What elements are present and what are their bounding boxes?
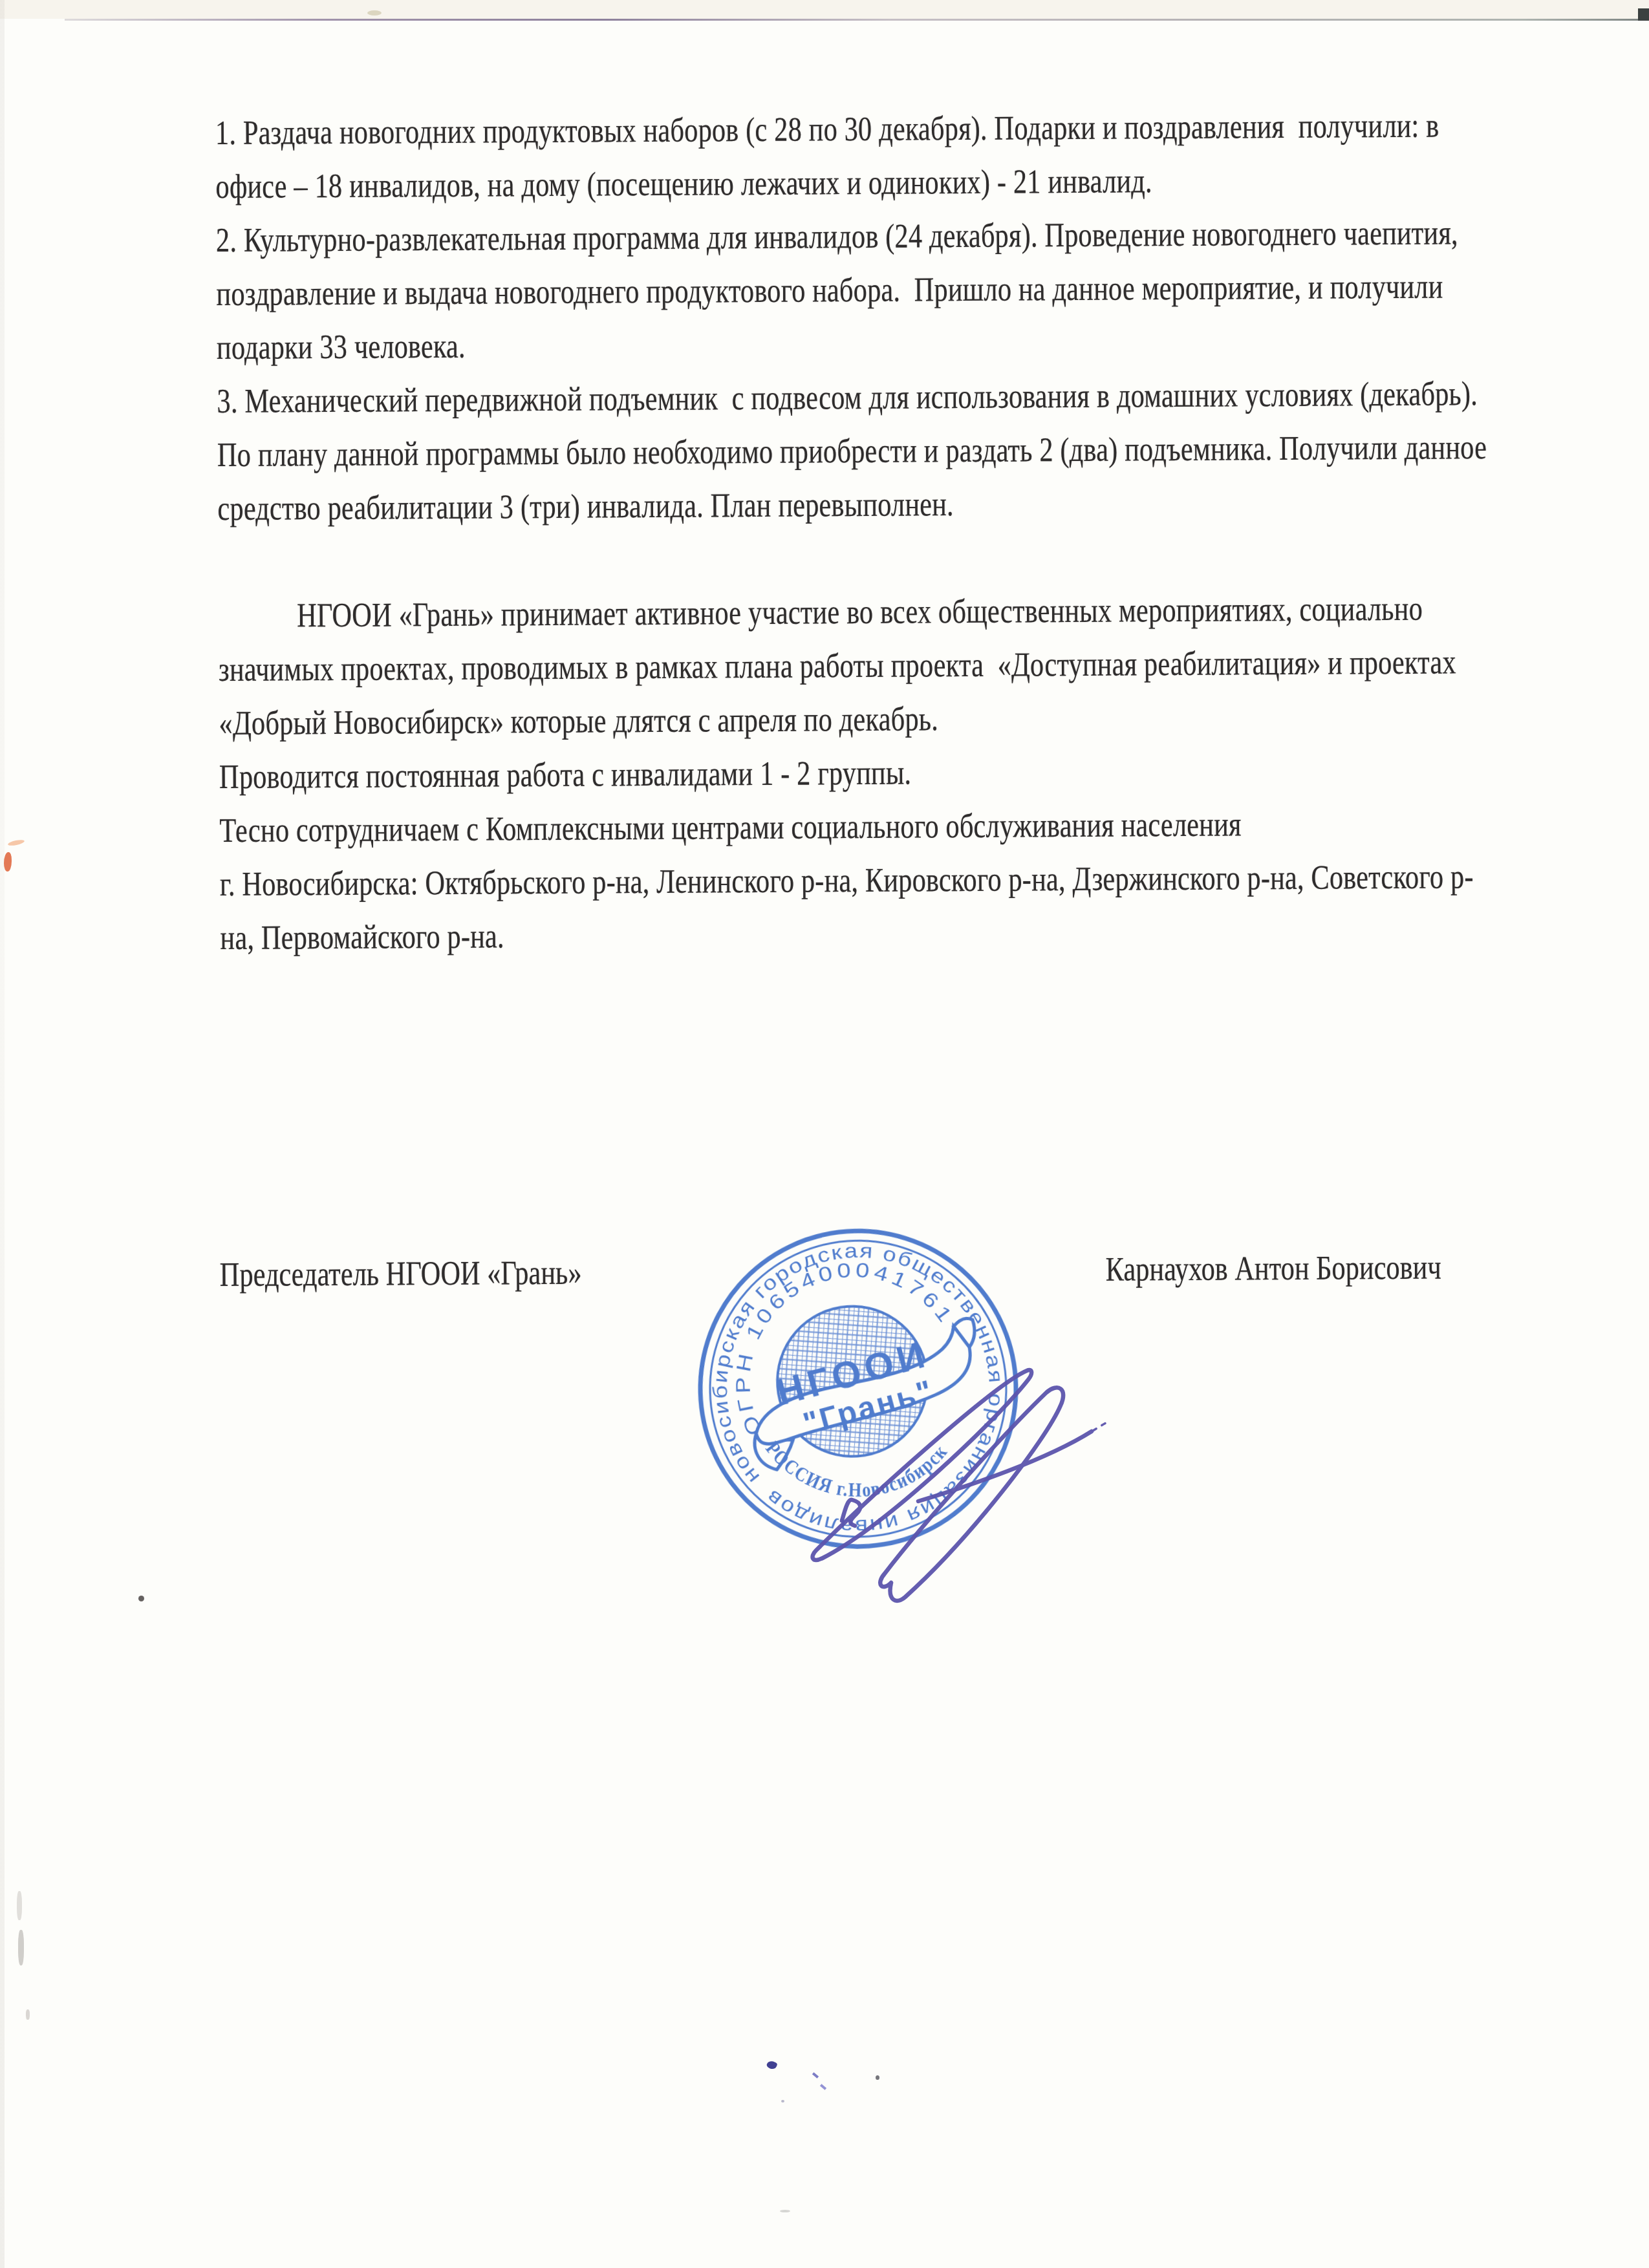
document-content: 1. Раздача новогодних продуктовых наборо… (0, 0, 1649, 2268)
body-line: г. Новосибирска: Октябрьского р-на, Лени… (220, 850, 1490, 912)
signer-name-label: Карнаухов Антон Борисович (1105, 1248, 1441, 1289)
scan-smudge-top (367, 10, 382, 16)
scan-speck-ink-5 (781, 2100, 784, 2102)
body-line: Проводится постоянная работа с инвалидам… (219, 743, 1489, 804)
signature-loop-right (880, 1387, 1063, 1601)
body-line: 1. Раздача новогодних продуктовых наборо… (215, 99, 1485, 160)
body-line: подарки 33 человека. (217, 314, 1487, 375)
body-line: средство реабилитации 3 (три) инвалида. … (217, 475, 1487, 536)
body-line: 2. Культурно-развлекательная программа д… (216, 206, 1486, 268)
body-line: «Добрый Новосибирск» которые длятся с ап… (219, 689, 1489, 751)
body-line: офисе – 18 инвалидов, на дому (посещению… (215, 153, 1485, 214)
scan-smudge-left-1 (17, 1891, 22, 1920)
signature-tail-fade (1093, 1422, 1107, 1431)
body-line: Тесно сотрудничаем с Комплексными центра… (219, 797, 1489, 858)
signature-loop-left (813, 1370, 1032, 1560)
body-text: 1. Раздача новогодних продуктовых наборо… (215, 97, 1649, 965)
handwritten-signature (737, 1312, 1125, 1674)
body-line: 3. Механический передвижной подъемник с … (217, 367, 1487, 429)
signer-title-label: Председатель НГООИ «Грань» (220, 1254, 582, 1294)
scanned-document-page: 1. Раздача новогодних продуктовых наборо… (0, 0, 1649, 2268)
scan-smudge-bottom (780, 2210, 790, 2212)
body-line: НГООИ «Грань» принимает активное участие… (218, 582, 1488, 643)
scan-speck-dot (138, 1596, 144, 1601)
scan-smudge-left-3 (26, 2009, 30, 2020)
body-line: поздравление и выдача новогоднего продук… (216, 260, 1486, 321)
body-line: на, Первомайского р-на. (220, 904, 1490, 965)
body-line-blank (218, 528, 1488, 590)
scan-smudge-left-2 (18, 1930, 24, 1965)
body-line: значимых проектах, проводимых в рамках п… (219, 636, 1489, 697)
scan-speck-ink-4 (876, 2075, 879, 2080)
body-line: По плану данной программы было необходим… (217, 421, 1487, 482)
